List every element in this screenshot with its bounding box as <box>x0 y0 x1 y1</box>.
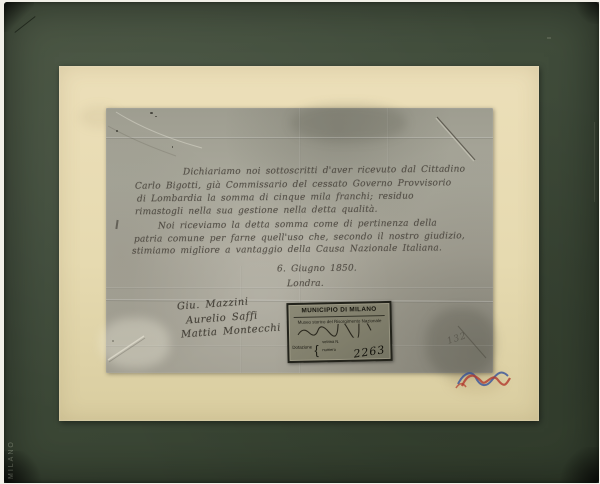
corner-bevel-mark <box>14 16 35 33</box>
letter-date: 6. Giugno 1850. <box>277 264 357 275</box>
label-field-numero: numero <box>322 347 336 352</box>
photographer-stamp: MILANO <box>8 387 15 479</box>
speck <box>112 340 114 342</box>
corner-wear-bottom-right <box>553 447 599 483</box>
label-field-vetrina: vetrina N. <box>322 339 339 344</box>
photograph-of-mounted-document: MILANO <box>0 0 600 484</box>
label-handwriting-scribble <box>295 323 383 339</box>
label-inventory-number: 2263 <box>353 343 387 360</box>
speck <box>116 130 118 132</box>
speck <box>172 146 173 148</box>
edge-scuff <box>594 122 595 202</box>
collector-mark-scribble <box>452 358 514 392</box>
corner-wear-top-right <box>573 2 599 24</box>
label-field-dotazione: Dotazione <box>292 345 312 350</box>
letter-place: Londra. <box>287 279 324 289</box>
museum-label: MUNICIPIO DI MILANO Museo storico del Ri… <box>286 301 392 363</box>
label-brace: { <box>314 342 319 357</box>
speck <box>150 112 153 114</box>
museum-label-title: MUNICIPIO DI MILANO <box>299 305 380 314</box>
speck <box>155 116 157 117</box>
scuff-mark <box>547 37 551 39</box>
photographed-letter: Dichiariamo noi sottoscritti d'aver rice… <box>106 108 493 373</box>
